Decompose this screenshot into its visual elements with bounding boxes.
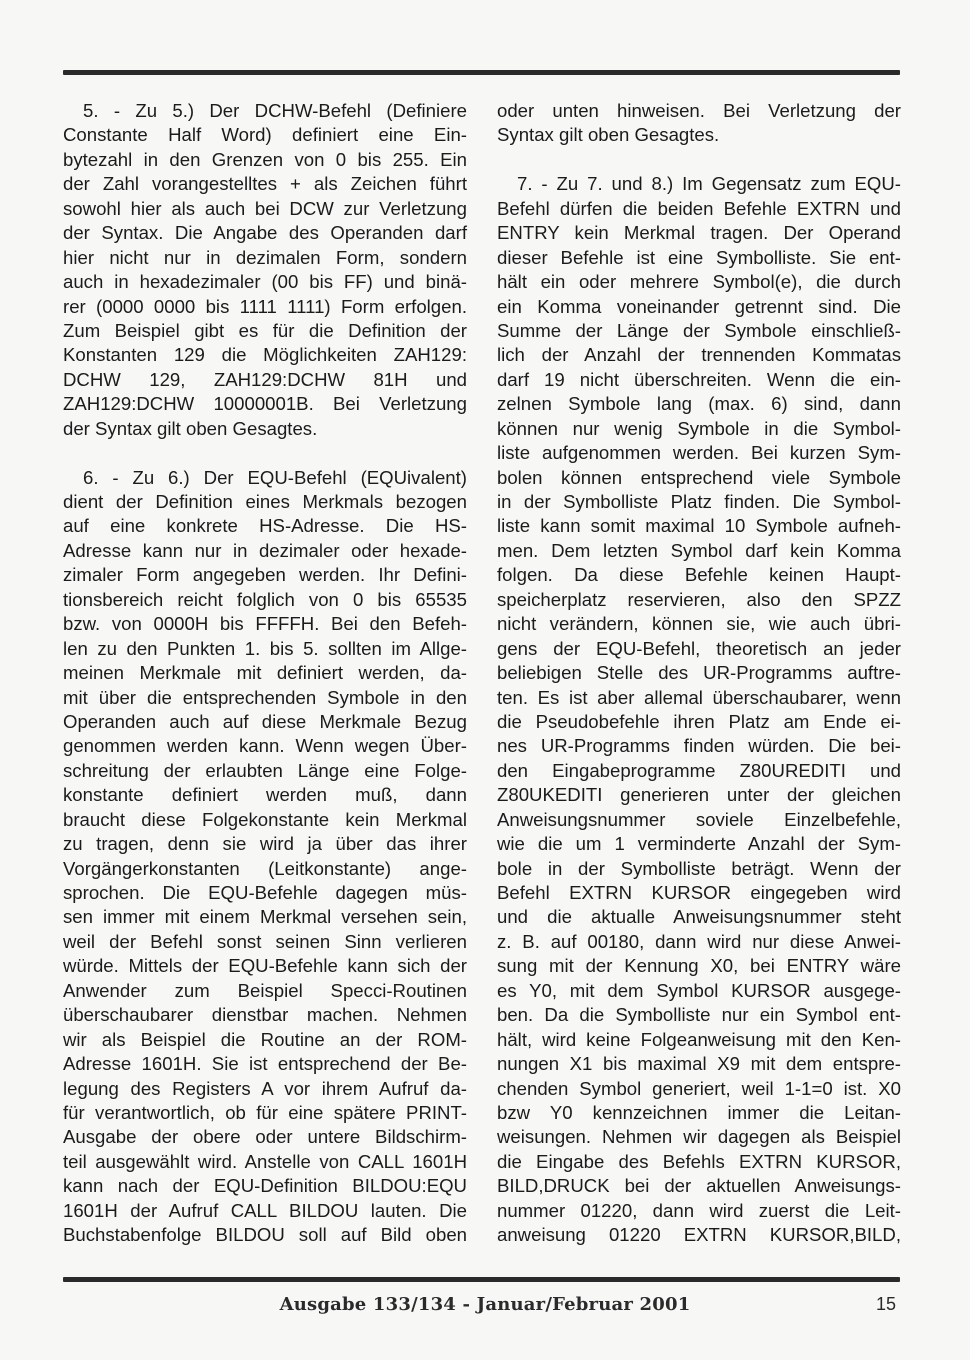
text-line: Adresse 1601H. Sie ist entsprechend der … bbox=[63, 1052, 467, 1076]
paragraph-gap bbox=[63, 441, 467, 465]
text-line: bolen können entsprechend viele Symbole bbox=[497, 466, 901, 490]
top-rule bbox=[63, 70, 900, 75]
text-line: meinen Merkmale mit definiert werden, da… bbox=[63, 661, 467, 685]
text-line: wie die um 1 verminderte Anzahl der Sym- bbox=[497, 832, 901, 856]
text-line: Summe der Länge der Symbole einschließ- bbox=[497, 319, 901, 343]
text-line: sung mit der Kennung X0, bei ENTRY wäre bbox=[497, 954, 901, 978]
text-line: folgen. Da diese Befehle keinen Haupt- bbox=[497, 563, 901, 587]
text-line: würde. Mittels der EQU-Befehle kann sich… bbox=[63, 954, 467, 978]
text-line: chenden Symbol generiert, weil 1-1=0 ist… bbox=[497, 1077, 901, 1101]
text-line: die Eingabe des Befehls EXTRN KURSOR, bbox=[497, 1150, 901, 1174]
text-line: nicht verändern, können sie, wie auch üb… bbox=[497, 612, 901, 636]
text-line: Constante Half Word) definiert eine Ein- bbox=[63, 123, 467, 147]
text-line: lich der Anzahl der trennenden Kommatas bbox=[497, 343, 901, 367]
text-line: dient der Definition eines Merkmals bezo… bbox=[63, 490, 467, 514]
text-line: zu tragen, denn sie wird ja über das ihr… bbox=[63, 832, 467, 856]
text-line: zelnen Symbole lang (max. 6) sind, dann bbox=[497, 392, 901, 416]
text-line: 6. - Zu 6.) Der EQU-Befehl (EQUivalent) bbox=[63, 466, 467, 490]
text-line: können nur wenig Symbole in die Symbol- bbox=[497, 417, 901, 441]
text-line: liste aufgenommen werden. Bei kurzen Sym… bbox=[497, 441, 901, 465]
text-line: ZAH129:DCHW 10000001B. Bei Verletzung bbox=[63, 392, 467, 416]
text-line: gens der EQU-Befehl, theoretisch an jede… bbox=[497, 637, 901, 661]
text-line: weisungen. Nehmen wir dagegen als Beispi… bbox=[497, 1125, 901, 1149]
text-line: len zu den Punkten 1. bis 5. sollten im … bbox=[63, 637, 467, 661]
paragraph-continuation: oder unten hinweisen. Bei Verletzung der… bbox=[497, 99, 901, 148]
left-column: 5. - Zu 5.) Der DCHW-Befehl (Definiere C… bbox=[63, 99, 467, 1248]
text-line: beliebigen Stelle des UR-Programms auftr… bbox=[497, 661, 901, 685]
text-line: nes UR-Programms finden würden. Die bei- bbox=[497, 734, 901, 758]
text-line: kann nach der EQU-Definition BILDOU:EQU bbox=[63, 1174, 467, 1198]
page-number: 15 bbox=[876, 1294, 896, 1315]
text-line: teil ausgewählt wird. Anstelle von CALL … bbox=[63, 1150, 467, 1174]
paragraph-dchw: 5. - Zu 5.) Der DCHW-Befehl (Definiere C… bbox=[63, 99, 467, 441]
text-line: 5. - Zu 5.) Der DCHW-Befehl (Definiere bbox=[63, 99, 467, 123]
text-line: rer (0000 0000 bis 1111 1111) Form erfol… bbox=[63, 295, 467, 319]
text-line: Anwender zum Beispiel Specci-Routinen bbox=[63, 979, 467, 1003]
paragraph-extrn-entry: 7. - Zu 7. und 8.) Im Gegensatz zum EQU-… bbox=[497, 172, 901, 1247]
right-column: oder unten hinweisen. Bei Verletzung der… bbox=[497, 99, 901, 1248]
text-line: Syntax gilt oben Gesagtes. bbox=[497, 123, 901, 147]
text-line: den Eingabeprogramme Z80UREDITI und bbox=[497, 759, 901, 783]
paragraph-gap bbox=[497, 148, 901, 172]
text-line: hält ein oder mehrere Symbol(e), die dur… bbox=[497, 270, 901, 294]
text-line: ben. Da die Symbolliste nur ein Symbol e… bbox=[497, 1003, 901, 1027]
paragraph-equ: 6. - Zu 6.) Der EQU-Befehl (EQUivalent) … bbox=[63, 466, 467, 1248]
text-line: liste kann somit maximal 10 Symbole aufn… bbox=[497, 514, 901, 538]
text-line: weil der Befehl sonst seinen Sinn verlie… bbox=[63, 930, 467, 954]
text-line: speicherplatz reservieren, also den SPZZ bbox=[497, 588, 901, 612]
text-line: es Y0, mit dem Symbol KURSOR ausgege- bbox=[497, 979, 901, 1003]
text-line: bole in der Symbolliste beträgt. Wenn de… bbox=[497, 857, 901, 881]
text-line: Z80UKEDITI generieren unter der gleichen bbox=[497, 783, 901, 807]
text-line: ein Komma voneinander getrennt sind. Die bbox=[497, 295, 901, 319]
text-line: sowohl hier als auch bei DCW zur Verletz… bbox=[63, 197, 467, 221]
text-line: überschaubarer dienstbar machen. Nehmen bbox=[63, 1003, 467, 1027]
text-line: der Syntax. Die Angabe des Operanden dar… bbox=[63, 221, 467, 245]
text-line: mit über die entsprechenden Symbole in d… bbox=[63, 686, 467, 710]
text-line: konstante definiert werden muß, dann bbox=[63, 783, 467, 807]
text-line: sen immer mit einem Merkmal versehen sei… bbox=[63, 905, 467, 929]
text-line: Konstanten 129 die Möglichkeiten ZAH129: bbox=[63, 343, 467, 367]
text-line: Zum Beispiel gibt es für die Definition … bbox=[63, 319, 467, 343]
text-line: bzw Y0 kennzeichnen immer die Leitan- bbox=[497, 1101, 901, 1125]
text-line: der Zahl vorangestelltes + als Zeichen f… bbox=[63, 172, 467, 196]
text-line: Ausgabe der obere oder untere Bildschirm… bbox=[63, 1125, 467, 1149]
text-line: nummer 01220, dann wird zuerst die Leit- bbox=[497, 1199, 901, 1223]
text-line: auf eine konkrete HS-Adresse. Die HS- bbox=[63, 514, 467, 538]
text-line: men. Dem letzten Symbol darf kein Komma bbox=[497, 539, 901, 563]
text-line: die Pseudobefehle ihren Platz am Ende ei… bbox=[497, 710, 901, 734]
text-line: für verantwortlich, ob für eine spätere … bbox=[63, 1101, 467, 1125]
text-line: auch in hexadezimaler (00 bis FF) und bi… bbox=[63, 270, 467, 294]
text-line: wir als Beispiel die Routine an der ROM- bbox=[63, 1028, 467, 1052]
text-line: genommen werden kann. Wenn wegen Über- bbox=[63, 734, 467, 758]
text-line: Anweisungsnummer soviele Einzelbefehle, bbox=[497, 808, 901, 832]
issue-footer: Ausgabe 133/134 - Januar/Februar 2001 bbox=[0, 1294, 970, 1315]
text-line: nungen X1 bis maximal X9 mit dem entspre… bbox=[497, 1052, 901, 1076]
text-line: hier nicht nur in dezimalen Form, sonder… bbox=[63, 246, 467, 270]
text-line: bytezahl in den Grenzen von 0 bis 255. E… bbox=[63, 148, 467, 172]
text-line: z. B. auf 00180, dann wird nur diese Anw… bbox=[497, 930, 901, 954]
text-line: 7. - Zu 7. und 8.) Im Gegensatz zum EQU- bbox=[497, 172, 901, 196]
text-line: und die aktualle Anweisungsnummer steht bbox=[497, 905, 901, 929]
text-line: braucht diese Folgekonstante kein Merkma… bbox=[63, 808, 467, 832]
text-line: schreitung der erlaubten Länge eine Folg… bbox=[63, 759, 467, 783]
text-line: 1601H der Aufruf CALL BILDOU lauten. Die bbox=[63, 1199, 467, 1223]
text-line: BILD,DRUCK bei der aktuellen Anweisungs- bbox=[497, 1174, 901, 1198]
text-line: DCHW 129, ZAH129:DCHW 81H und bbox=[63, 368, 467, 392]
text-line: Vorgängerkonstanten (Leitkonstante) ange… bbox=[63, 857, 467, 881]
text-line: dieser Befehle ist eine Symbolliste. Sie… bbox=[497, 246, 901, 270]
text-line: darf 19 nicht überschreiten. Wenn die ei… bbox=[497, 368, 901, 392]
text-line: oder unten hinweisen. Bei Verletzung der bbox=[497, 99, 901, 123]
text-line: Buchstabenfolge BILDOU soll auf Bild obe… bbox=[63, 1223, 467, 1247]
text-line: Adresse kann nur in dezimaler oder hexad… bbox=[63, 539, 467, 563]
bottom-rule bbox=[63, 1277, 900, 1282]
text-line: in der Symbolliste Platz finden. Die Sym… bbox=[497, 490, 901, 514]
text-line: hält, wird keine Folgeanweisung mit den … bbox=[497, 1028, 901, 1052]
text-line: Befehl EXTRN KURSOR eingegeben wird bbox=[497, 881, 901, 905]
text-line: ten. Es ist aber allemal überschaubarer,… bbox=[497, 686, 901, 710]
text-line: anweisung 01220 EXTRN KURSOR,BILD, bbox=[497, 1223, 901, 1247]
text-line: Befehl dürfen die beiden Befehle EXTRN u… bbox=[497, 197, 901, 221]
text-line: Operanden auch auf diese Merkmale Bezug bbox=[63, 710, 467, 734]
text-line: ENTRY kein Merkmal tragen. Der Operand bbox=[497, 221, 901, 245]
text-line: legung des Registers A vor ihrem Aufruf … bbox=[63, 1077, 467, 1101]
text-line: sprochen. Die EQU-Befehle dagegen müs- bbox=[63, 881, 467, 905]
text-line: bzw. von 0000H bis FFFFH. Bei den Befeh- bbox=[63, 612, 467, 636]
text-line: der Syntax gilt oben Gesagtes. bbox=[63, 417, 467, 441]
text-line: tionsbereich reicht folglich von 0 bis 6… bbox=[63, 588, 467, 612]
text-line: zimaler Form angegeben werden. Ihr Defin… bbox=[63, 563, 467, 587]
